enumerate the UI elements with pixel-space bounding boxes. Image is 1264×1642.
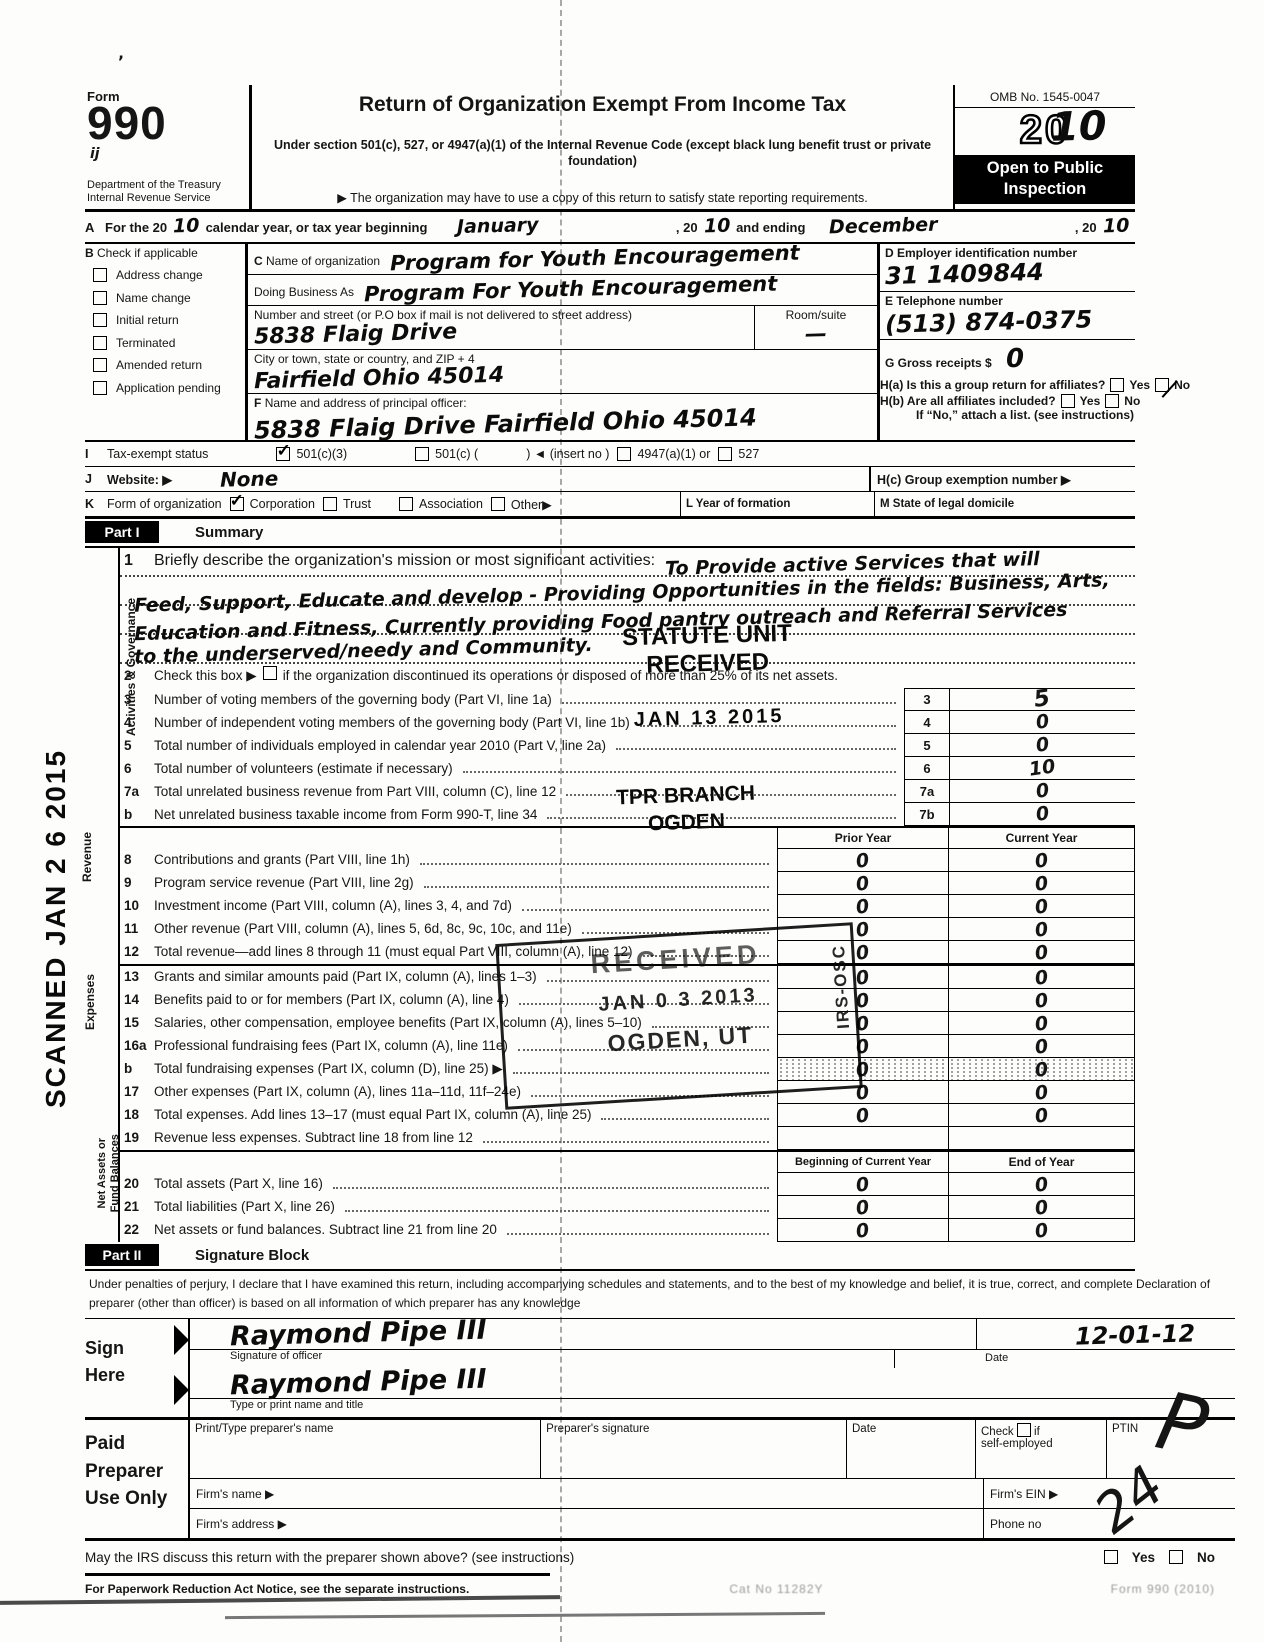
- part2-title: Signature Block: [195, 1247, 309, 1264]
- line-16b-current: 0: [948, 1058, 1135, 1081]
- firms-name-cell: Firm's name ▶: [190, 1487, 983, 1501]
- omb-cell: OMB No. 1545-0047 20 10 Open to Public I…: [955, 85, 1135, 209]
- org-other-checkbox: [491, 497, 505, 511]
- printed-name-row: Raymond Pipe III: [190, 1368, 1235, 1399]
- checkbox-amended-return: Amended return: [85, 354, 245, 377]
- rule-line: [85, 1573, 550, 1576]
- preparer-signature-cell: Preparer's signature: [540, 1420, 846, 1478]
- line-6-value: 10: [950, 757, 1135, 780]
- status-501c-checkbox: [415, 447, 429, 461]
- line-22: 22Net assets or fund balances. Subtract …: [120, 1219, 1135, 1242]
- pen-mark: ’: [118, 52, 124, 71]
- line-20-end: 0: [948, 1173, 1135, 1196]
- org-trust-checkbox: [323, 497, 337, 511]
- sign-here-label: Sign Here: [85, 1319, 188, 1417]
- line-19-current: [948, 1127, 1135, 1150]
- line-9-current: 0: [948, 872, 1135, 895]
- sidebar-revenue: Revenue: [80, 832, 94, 882]
- officer-signature-row: Raymond Pipe III 12-01-12: [190, 1319, 1235, 1350]
- scan-artifact-line: [225, 1612, 825, 1619]
- arrow-icon: [174, 1375, 189, 1405]
- officer-signature-value: Raymond Pipe III: [230, 1315, 487, 1353]
- line-8-current: 0: [948, 849, 1135, 872]
- line-7a-value: 0: [950, 780, 1135, 803]
- line-5-value: 0: [950, 734, 1135, 757]
- tax-year-handwritten: 10: [1050, 103, 1107, 150]
- part2-tag: Part II: [85, 1244, 159, 1266]
- line-10: 10Investment income (Part VIII, column (…: [120, 895, 1135, 918]
- current-year-header: Current Year: [948, 828, 1135, 849]
- discontinued-checkbox: [263, 666, 277, 680]
- org-name-address: C Name of organization Program for Youth…: [245, 244, 880, 440]
- street-value: 5838 Flaig Drive: [254, 319, 458, 349]
- ein-cell: D Employer identification number 31 1409…: [880, 244, 1135, 292]
- hand-year-begin: 10: [173, 215, 200, 238]
- pen-mark: ij: [90, 146, 100, 162]
- line-18-prior: 0: [777, 1104, 948, 1127]
- website-value: None: [220, 466, 279, 492]
- line-9: 9Program service revenue (Part VIII, lin…: [120, 872, 1135, 895]
- line-10-prior: 0: [777, 895, 948, 918]
- discuss-no-checkbox: [1169, 1550, 1183, 1564]
- website-row: J Website: ▶ None H(c) Group exemption n…: [85, 467, 1135, 492]
- hb-yes-checkbox: [1061, 394, 1075, 408]
- line-15-current: 0: [948, 1012, 1135, 1035]
- room-suite-cell: Room/suite —: [754, 306, 877, 349]
- address-change-checkbox: [93, 268, 107, 282]
- sidebar-expenses: Expenses: [83, 974, 97, 1030]
- line-a-tax-year: A For the 20 10 calendar year, or tax ye…: [85, 212, 1135, 244]
- self-employed-cell: Check if self-employed: [975, 1420, 1106, 1478]
- line-20: 20Total assets (Part X, line 16)00: [120, 1173, 1135, 1196]
- form-of-organization-row: K Form of organization Corporation Trust…: [85, 492, 1135, 519]
- preparer-name-cell: Print/Type preparer's name: [190, 1420, 540, 1478]
- department-label: Department of the Treasury Internal Reve…: [87, 179, 221, 205]
- tax-year: 20 10: [955, 108, 1135, 154]
- hand-year-3: 10: [1102, 215, 1129, 238]
- form-edition: Form 990 (2010): [1111, 1582, 1215, 1596]
- part1-title: Summary: [195, 524, 263, 541]
- line-11-current: 0: [948, 918, 1135, 941]
- form-subtitle: Under section 501(c), 527, or 4947(a)(1)…: [262, 138, 943, 169]
- phone-value: (513) 874-0375: [885, 305, 1093, 338]
- hb-row: H(b) Are all affiliates included? Yes No: [880, 392, 1135, 408]
- paid-preparer-label: Paid Preparer Use Only: [85, 1420, 188, 1538]
- line-8-prior: 0: [777, 849, 948, 872]
- checkbox-name-change: Name change: [85, 287, 245, 310]
- ha-yes-checkbox: [1110, 378, 1124, 392]
- line-18: 18Total expenses. Add lines 13–17 (must …: [120, 1104, 1135, 1127]
- line-19: 19Revenue less expenses. Subtract line 1…: [120, 1127, 1135, 1150]
- open-to-public-badge: Open to Public Inspection: [955, 155, 1135, 204]
- hand-month-begin: January: [457, 214, 539, 238]
- sidebar-net-assets: Net Assets or Fund Balances: [96, 1130, 122, 1216]
- status-4947-checkbox: [617, 447, 631, 461]
- gross-receipts-value: 0: [1005, 344, 1024, 374]
- sign-here-block: Sign Here Raymond Pipe III 12-01-12 Sign…: [85, 1318, 1235, 1420]
- dba-value: Program For Youth Encouragement: [364, 272, 778, 307]
- ein-value: 31 1409844: [885, 258, 1044, 290]
- checkbox-application-pending: Application pending: [85, 377, 245, 400]
- form-number-cell: Form 990 Department of the Treasury Inte…: [85, 85, 249, 209]
- discuss-yes-checkbox: [1104, 1550, 1118, 1564]
- date-label: Date: [894, 1350, 1235, 1368]
- part1-bar: Part I Summary: [85, 519, 1135, 548]
- scanned-stamp: SCANNED JAN 2 6 2015: [40, 749, 72, 1108]
- self-employed-checkbox: [1017, 1423, 1031, 1437]
- hand-year-2: 10: [703, 215, 730, 238]
- statute-unit-stamp: STATUTE UNIT RECEIVED JAN 13 2015: [587, 619, 830, 733]
- line-3-value: 5: [950, 688, 1135, 711]
- sidebar-activities-governance: Activities & Governance: [124, 598, 138, 736]
- status-527-checkbox: [718, 447, 732, 461]
- phone-cell: E Telephone number (513) 874-0375: [880, 292, 1135, 340]
- city-value: Fairfield Ohio 45014: [254, 363, 505, 395]
- line-19-prior: [777, 1127, 948, 1150]
- line-14-current: 0: [948, 989, 1135, 1012]
- line-10-current: 0: [948, 895, 1135, 918]
- line-6: 6Total number of volunteers (estimate if…: [120, 757, 1135, 780]
- line-8: 8Contributions and grants (Part VIII, li…: [120, 849, 1135, 872]
- org-association-checkbox: [399, 497, 413, 511]
- type-or-print-label: Type or print name and title: [230, 1399, 363, 1417]
- form-body: Form 990 Department of the Treasury Inte…: [85, 85, 1135, 1596]
- state-of-domicile-cell: M State of legal domicile: [874, 492, 1135, 516]
- arrow-icon: [174, 1325, 189, 1355]
- terminated-checkbox: [93, 336, 107, 350]
- amended-return-checkbox: [93, 358, 107, 372]
- line-12-current: 0: [948, 941, 1135, 964]
- form-title: Return of Organization Exempt From Incom…: [262, 93, 943, 117]
- ha-row: H(a) Is this a group return for affiliat…: [880, 376, 1135, 392]
- name-change-checkbox: [93, 291, 107, 305]
- street-row: Number and street (or P.O box if mail is…: [248, 306, 877, 350]
- line-9-prior: 0: [777, 872, 948, 895]
- line-17-current: 0: [948, 1081, 1135, 1104]
- perjury-statement: Under penalties of perjury, I declare th…: [85, 1271, 1239, 1318]
- paid-preparer-block: Paid Preparer Use Only Print/Type prepar…: [85, 1420, 1235, 1541]
- scan-artifact-line: [0, 1595, 560, 1605]
- line-21-end: 0: [948, 1196, 1135, 1219]
- signature-of-officer-label: Signature of officer: [230, 1350, 322, 1368]
- line-16a-current: 0: [948, 1035, 1135, 1058]
- catalog-number: Cat No 11282Y: [729, 1582, 823, 1596]
- initial-return-checkbox: [93, 313, 107, 327]
- line-21-begin: 0: [777, 1196, 948, 1219]
- hb-note: If “No,” attach a list. (see instruction…: [880, 408, 1135, 422]
- room-suite-value: —: [805, 322, 828, 348]
- omb-number: OMB No. 1545-0047: [955, 85, 1135, 108]
- form-number: 990: [87, 96, 247, 150]
- beginning-of-year-header: Beginning of Current Year: [777, 1152, 948, 1173]
- form-header: Form 990 Department of the Treasury Inte…: [85, 85, 1135, 212]
- hc-group-exemption: H(c) Group exemption number ▶: [869, 467, 1135, 491]
- gross-receipts-cell: G Gross receipts $ 0: [880, 340, 1135, 376]
- signature-area: Raymond Pipe III 12-01-12 Signature of o…: [188, 1319, 1235, 1417]
- line-4-value: 0: [950, 711, 1135, 734]
- title-cell: Return of Organization Exempt From Incom…: [249, 85, 955, 209]
- principal-officer-value: 5838 Flaig Drive Fairfield Ohio 45014: [254, 403, 757, 444]
- preparer-grid: Print/Type preparer's name Preparer's si…: [188, 1420, 1235, 1538]
- form-footer: For Paperwork Reduction Act Notice, see …: [85, 1582, 1235, 1596]
- prior-year-header: Prior Year: [777, 828, 948, 849]
- printed-name-value: Raymond Pipe III: [230, 1364, 487, 1402]
- org-name-value: Program for Youth Encouragement: [390, 241, 800, 276]
- city-row: City or town, state or country, and ZIP …: [248, 350, 877, 393]
- application-pending-checkbox: [93, 381, 107, 395]
- line-7b-value: 0: [950, 803, 1135, 826]
- line-5: 5Total number of individuals employed in…: [120, 734, 1135, 757]
- hand-month-end: December: [829, 214, 938, 239]
- checkbox-address-change: Address change: [85, 264, 245, 287]
- part2-bar: Part II Signature Block: [85, 1242, 1135, 1271]
- org-corporation-checkbox-checked: [230, 497, 244, 511]
- identity-block: B Check if applicable Address change Nam…: [85, 244, 1135, 442]
- ha-no-checkbox-checked: [1155, 378, 1169, 392]
- form-990-scan-page: Form 990 Department of the Treasury Inte…: [0, 0, 1264, 1642]
- checkbox-initial-return: Initial return: [85, 309, 245, 332]
- checkbox-terminated: Terminated: [85, 332, 245, 355]
- line-18-current: 0: [948, 1104, 1135, 1127]
- line-21: 21Total liabilities (Part X, line 26)00: [120, 1196, 1135, 1219]
- end-of-year-header: End of Year: [948, 1152, 1135, 1173]
- firms-address-cell: Firm's address ▶: [190, 1517, 983, 1531]
- tax-exempt-status-row: I Tax-exempt status 501(c)(3) 501(c) ( )…: [85, 442, 1135, 467]
- form-instruction: ▶ The organization may have to use a cop…: [262, 190, 943, 205]
- paperwork-notice: For Paperwork Reduction Act Notice, see …: [85, 1582, 469, 1596]
- line-20-begin: 0: [777, 1173, 948, 1196]
- line-22-end: 0: [948, 1219, 1135, 1242]
- tpr-branch-stamp: TPR BRANCH OGDEN: [595, 779, 777, 840]
- org-name-row: C Name of organization Program for Youth…: [248, 244, 877, 275]
- signature-date-value: 12-01-12: [1075, 1320, 1196, 1351]
- ein-phone-block: D Employer identification number 31 1409…: [880, 244, 1135, 440]
- status-501c3-checkbox-checked: [276, 447, 290, 461]
- signature-date-cell: 12-01-12: [976, 1319, 1235, 1349]
- preparer-date-cell: Date: [846, 1420, 975, 1478]
- part1-tag: Part I: [85, 521, 159, 543]
- may-irs-discuss-row: May the IRS discuss this return with the…: [85, 1543, 1235, 1571]
- osc-received-stamp: RECEIVED JAN 0 3 2013 OGDEN, UT IRS-OSC: [495, 922, 862, 1110]
- balance-column-headers: Beginning of Current Year End of Year: [120, 1150, 1135, 1173]
- line-13-current: 0: [948, 966, 1135, 989]
- section-b-checkboxes: B Check if applicable Address change Nam…: [85, 244, 245, 440]
- dba-row: Doing Business As Program For Youth Enco…: [248, 275, 877, 306]
- principal-officer-row: F Name and address of principal officer:…: [248, 393, 877, 440]
- year-of-formation-cell: L Year of formation: [680, 492, 866, 516]
- line-22-begin: 0: [777, 1219, 948, 1242]
- hb-no-checkbox: [1105, 394, 1119, 408]
